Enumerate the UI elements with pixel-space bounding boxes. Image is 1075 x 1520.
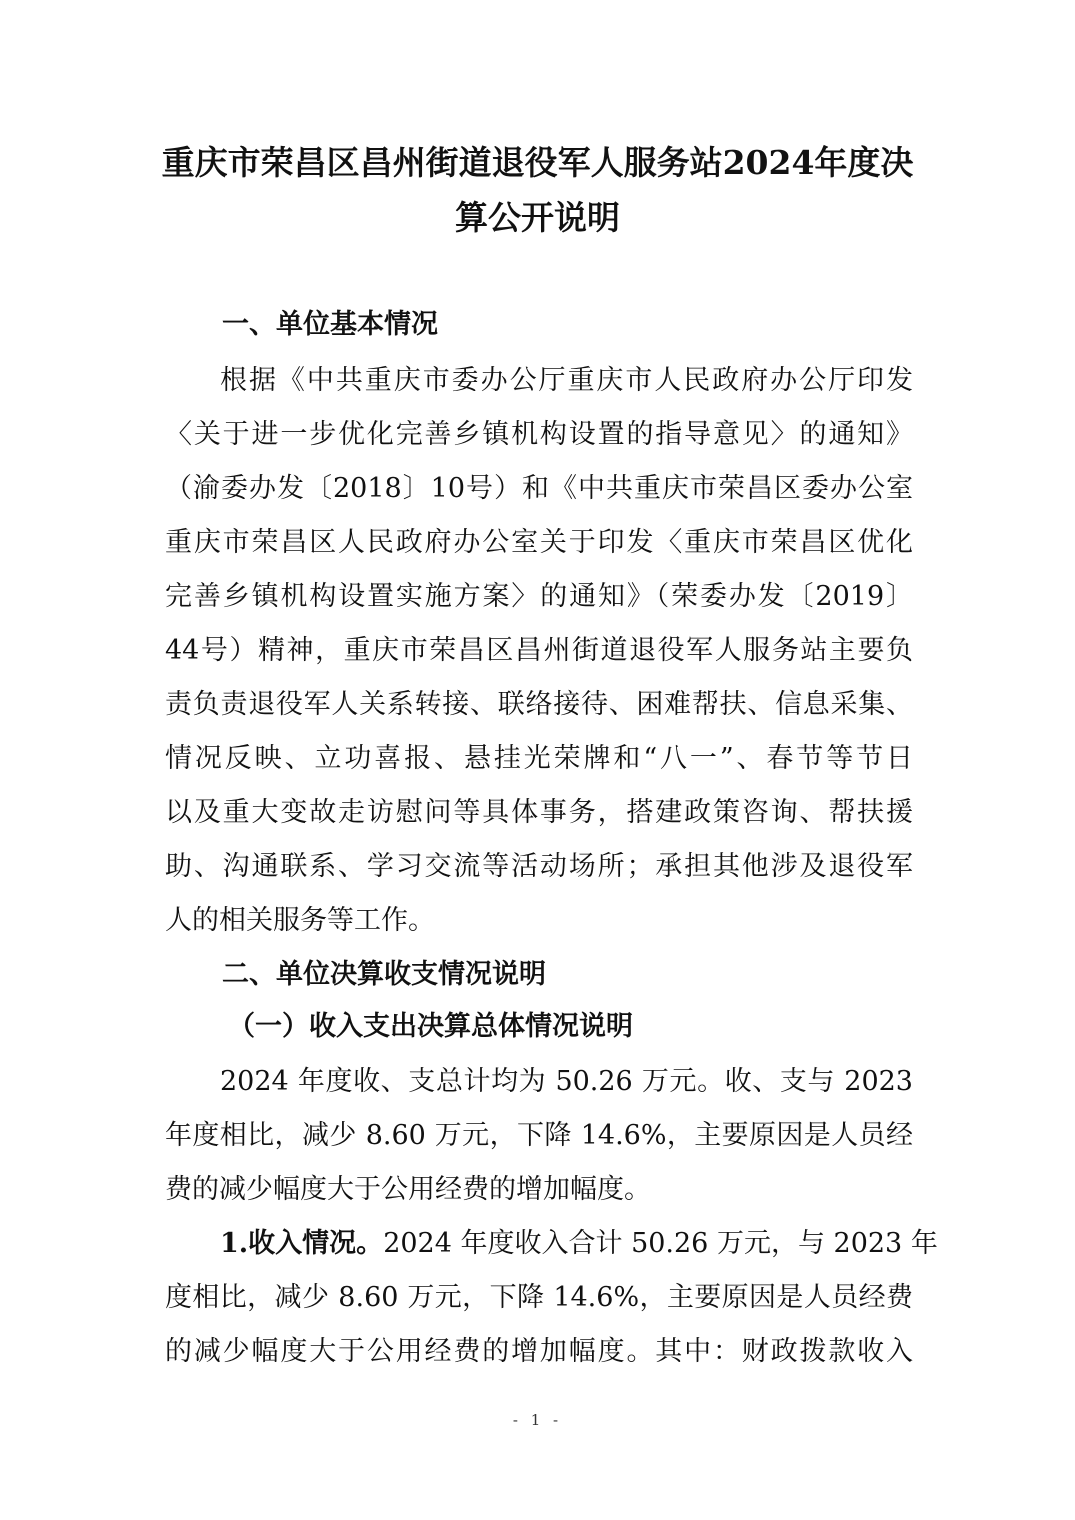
paragraph-line: （渝委办发〔2018〕10号）和《中共重庆市荣昌区委办公室 [165,472,913,506]
paragraph-line: 的减少幅度大于公用经费的增加幅度。其中：财政拨款收入 [165,1335,913,1369]
paragraph-line: 费的减少幅度大于公用经费的增加幅度。 [165,1173,913,1207]
paragraph-line: 责负责退役军人关系转接、联络接待、困难帮扶、信息采集、 [165,688,913,722]
document-title-line-1: 重庆市荣昌区昌州街道退役军人服务站2024年度决 [0,143,1075,183]
paragraph-line: 2024 年度收、支总计均为 50.26 万元。收、支与 2023 [220,1065,913,1099]
paragraph-line: 助、沟通联系、学习交流等活动场所；承担其他涉及退役军 [165,850,913,884]
subsection-heading-overall: （一）收入支出决算总体情况说明 [228,1010,633,1044]
paragraph-line: 重庆市荣昌区人民政府办公室关于印发〈重庆市荣昌区优化 [165,526,913,560]
paragraph-line: 根据《中共重庆市委办公厅重庆市人民政府办公厅印发 [220,364,913,398]
section-heading-basic-info: 一、单位基本情况 [222,308,438,342]
income-lead: 1.收入情况。 [220,1228,383,1259]
page-number: - 1 - [0,1411,1075,1429]
income-first-line-text: 2024 年度收入合计 50.26 万元，与 2023 年 [383,1228,938,1259]
document-page: 重庆市荣昌区昌州街道退役军人服务站2024年度决 算公开说明 一、单位基本情况 … [0,0,1075,1520]
paragraph-line: 情况反映、立功喜报、悬挂光荣牌和“八一”、春节等节日 [165,742,913,776]
paragraph-line: 以及重大变故走访慰问等具体事务，搭建政策咨询、帮扶援 [165,796,913,830]
document-title-line-2: 算公开说明 [0,198,1075,238]
paragraph-line: 度相比，减少 8.60 万元，下降 14.6%，主要原因是人员经费 [165,1281,913,1315]
paragraph-line: 人的相关服务等工作。 [165,904,913,938]
paragraph-line: 〈关于进一步优化完善乡镇机构设置的指导意见〉的通知》 [165,418,913,452]
paragraph-line: 44号）精神，重庆市荣昌区昌州街道退役军人服务站主要负 [165,634,913,668]
paragraph-line: 年度相比，减少 8.60 万元，下降 14.6%，主要原因是人员经 [165,1119,913,1153]
paragraph-line: 完善乡镇机构设置实施方案〉的通知》（荣委办发〔2019〕 [165,580,913,614]
income-paragraph-first-line: 1.收入情况。2024 年度收入合计 50.26 万元，与 2023 年 [220,1227,913,1261]
section-heading-budget-summary: 二、单位决算收支情况说明 [222,958,546,992]
